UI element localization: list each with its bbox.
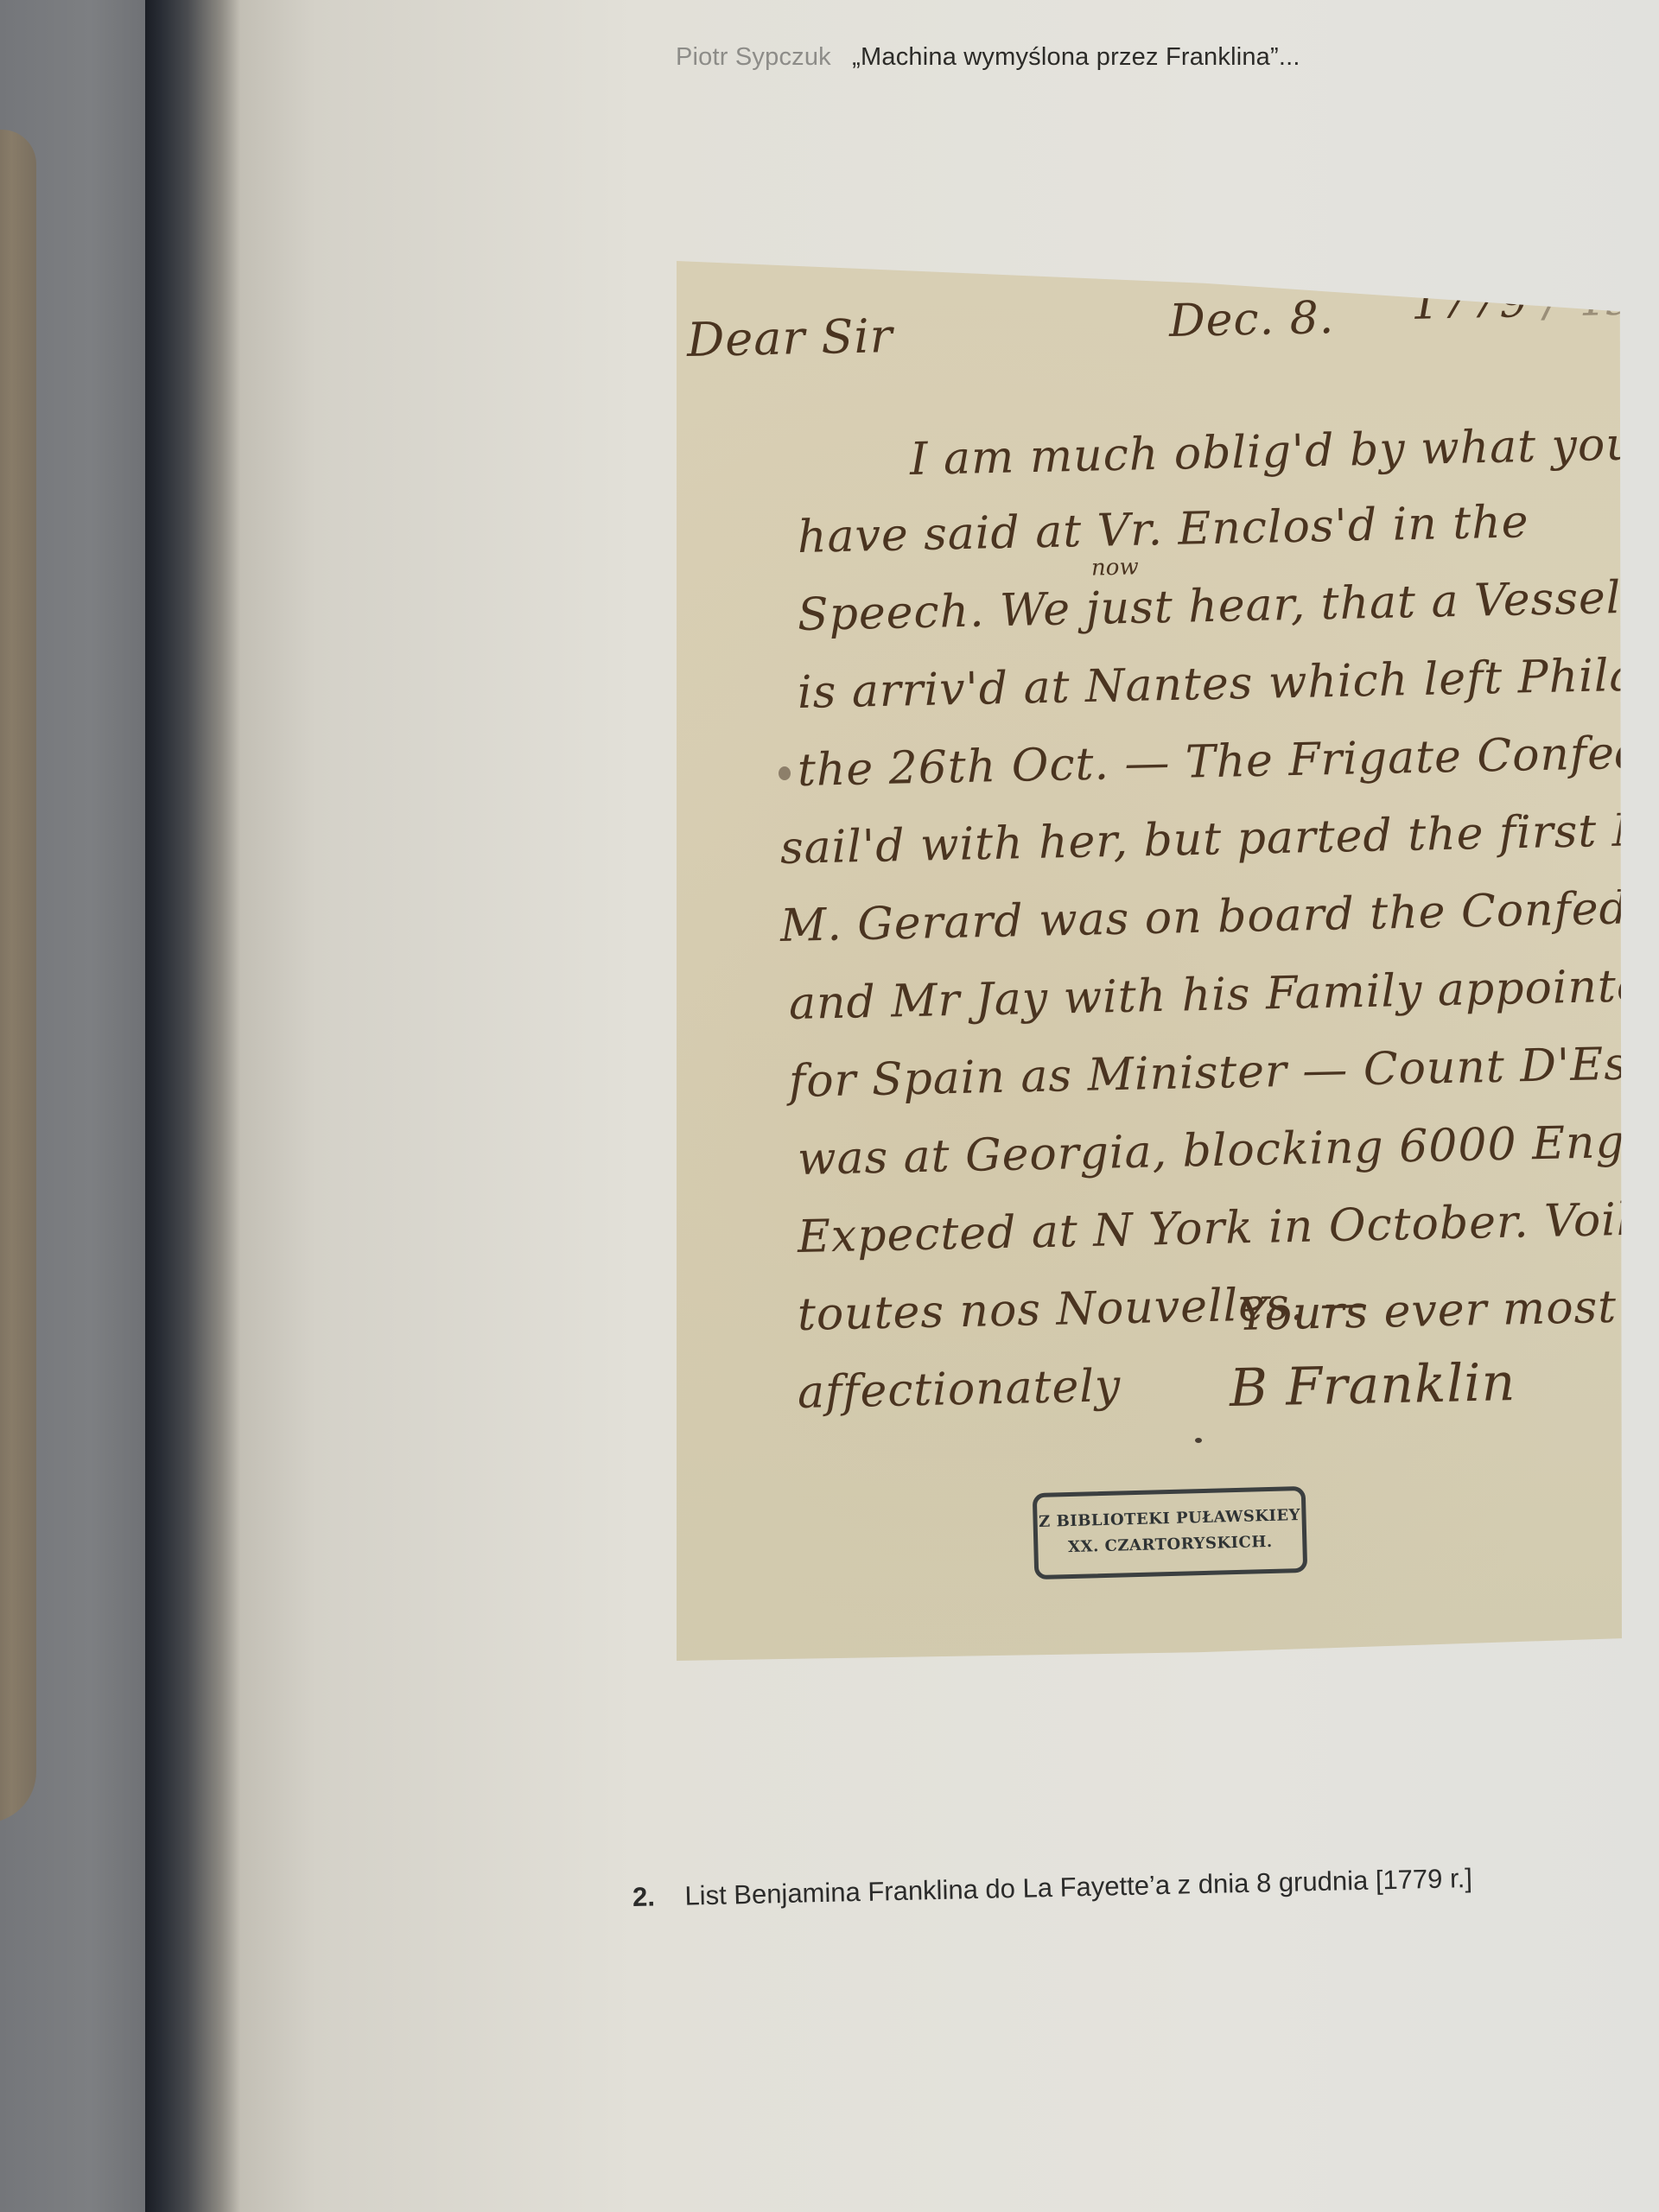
letter-closing: Yours ever most <box>1237 1281 1617 1341</box>
letter-archive-number: / 49 <box>1543 274 1634 327</box>
letter-closing-2: affectionately <box>797 1360 1122 1419</box>
letter-interlinear-insertion: now <box>1091 554 1139 581</box>
letter-line: M. Gerard was on board the Confederacy, <box>779 880 1659 952</box>
ink-mark <box>1195 1438 1202 1443</box>
previous-page-edge <box>0 0 151 2212</box>
figure-caption: 2. List Benjamina Franklina do La Fayett… <box>632 1863 1473 1913</box>
letter-line: for Spain as Minister — Count D'Estaing <box>788 1036 1659 1108</box>
letter-salutation: Dear Sir <box>686 308 893 367</box>
letter-date: Dec. 8. <box>1168 292 1334 347</box>
running-head: Piotr Sypczuk „Machina wymyślona przez F… <box>676 43 1300 72</box>
letter-line: and Mr Jay with his Family appointed <box>788 960 1659 1030</box>
letter-doc-number: 1779 / 49 <box>1410 274 1634 330</box>
letter-line: Speech. We just hear, that a Vessel <box>797 572 1622 641</box>
previous-page-plate-edge <box>0 130 36 1823</box>
letter-line: Expected at N York in October. Voila <box>797 1193 1659 1263</box>
letter-line: sail'd with her, but parted the first Ni… <box>779 802 1659 874</box>
library-stamp: Z BIBLIOTEKI PUŁAWSKIEY XX. CZARTORYSKIC… <box>1033 1486 1308 1580</box>
letter-line: is arriv'd at Nantes which left Philad. <box>797 649 1659 719</box>
book-gutter-shadow <box>145 0 240 2212</box>
book-page: Piotr Sypczuk „Machina wymyślona przez F… <box>199 0 1659 2212</box>
letter-year: 1779 <box>1410 276 1529 330</box>
figure-caption-text: List Benjamina Franklina do La Fayette’a… <box>684 1863 1472 1911</box>
running-head-author: Piotr Sypczuk <box>676 43 831 71</box>
letter-facsimile: Dear Sir Dec. 8. 1779 / 49 now I am much… <box>677 261 1622 1661</box>
letter-signature: B Franklin <box>1229 1352 1516 1419</box>
running-head-title: „Machina wymyślona przez Franklina”... <box>852 43 1300 71</box>
ink-blot <box>779 766 791 780</box>
figure-number: 2. <box>632 1881 656 1912</box>
letter-line: I am much oblig'd by what you <box>909 418 1636 486</box>
letter-line: was at Georgia, blocking 6000 English. <box>797 1115 1659 1185</box>
letter-line: have said at Vr. Enclos'd in the <box>797 496 1529 563</box>
letter-line: the 26th Oct. — The Frigate Confederacy <box>797 724 1659 797</box>
